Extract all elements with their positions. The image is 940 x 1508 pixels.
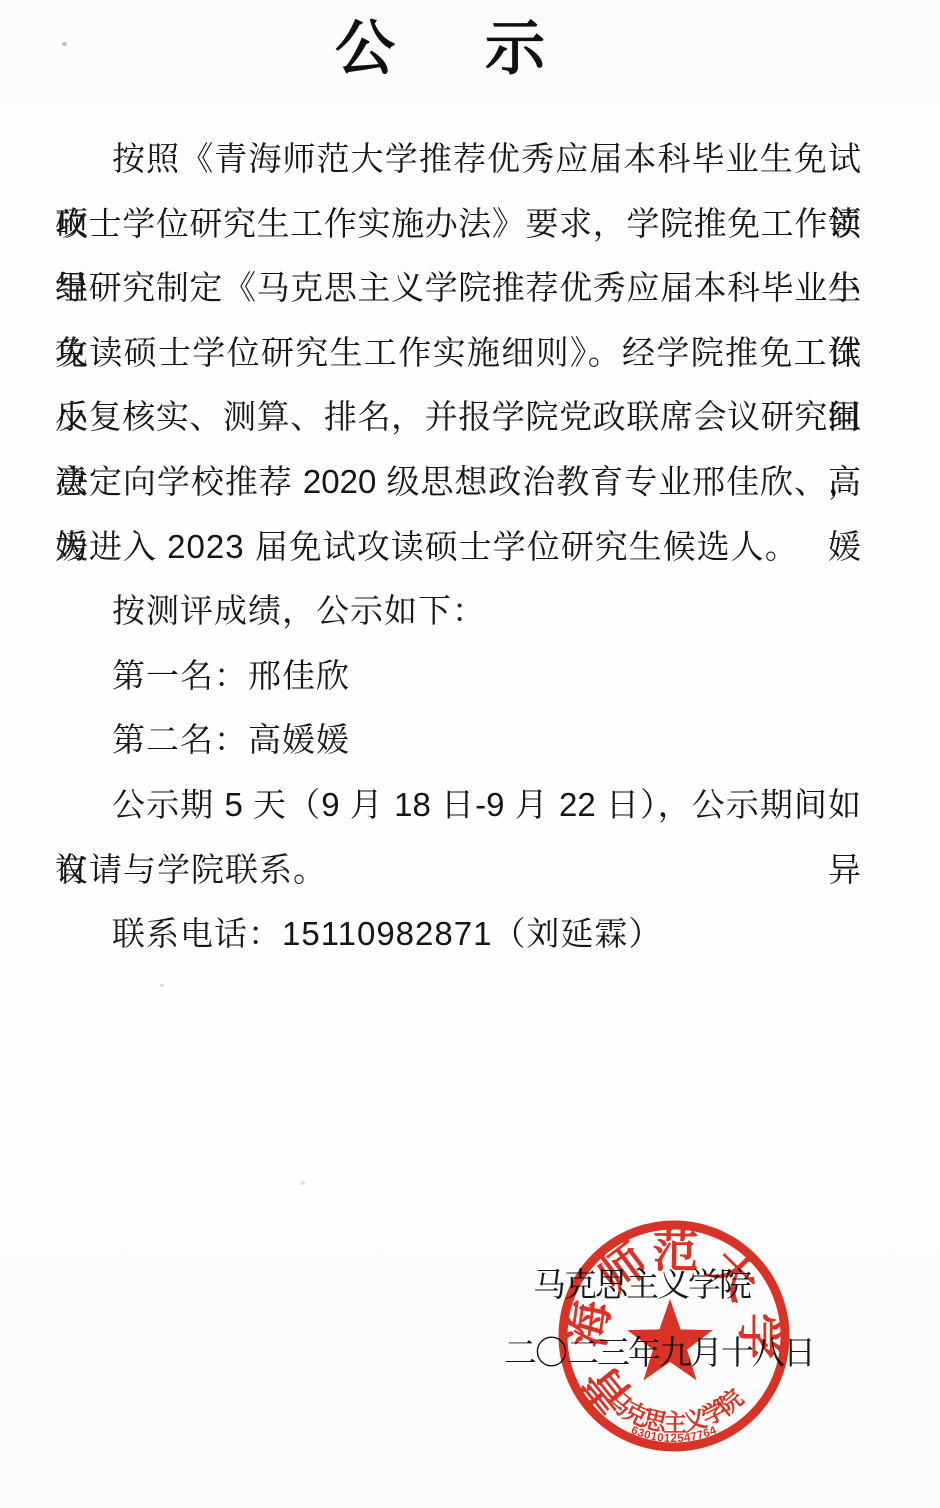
seal-univ-char: 学 — [733, 1313, 785, 1359]
official-seal: 青 海 师 范 大 学 马克思主义学院 6301012547764 — [554, 1216, 794, 1456]
seal-univ-char: 师 — [589, 1234, 657, 1303]
body-line: 为进入 2023 届免试攻读硕士学位研究生候选人。 — [55, 515, 861, 580]
ranking-line-second: 第二名：高媛媛 — [55, 708, 861, 773]
body-line: 按照《青海师范大学推荐优秀应届本科毕业生免试攻读 — [55, 127, 861, 192]
body-line: 按测评成绩，公示如下： — [55, 579, 861, 644]
body-line: 组研究制定《马克思主义学院推荐优秀应届本科毕业生免试 — [55, 256, 861, 321]
title-char-1: 公 — [335, 14, 395, 84]
announcement-page: 公 示 按照《青海师范大学推荐优秀应届本科毕业生免试攻读 硕士学位研究生工作实施… — [0, 0, 940, 1508]
scan-speck — [301, 1181, 305, 1185]
body-line: 反复核实、测算、排名，并报学院党政联席会议研究同意， — [55, 385, 861, 450]
body-line: 公示期 5 天（9 月 18 日-9 月 22 日），公示期间如有异 — [55, 773, 861, 838]
ranking-line-first: 第一名：邢佳欣 — [55, 644, 861, 709]
star-icon — [627, 1299, 713, 1380]
page-title: 公 示 — [0, 14, 880, 84]
title-char-2: 示 — [485, 14, 545, 84]
body-line: 攻读硕士学位研究生工作实施细则》。经学院推免工作小组 — [55, 321, 861, 386]
body-line: 硕士学位研究生工作实施办法》要求，学院推免工作领导小 — [55, 192, 861, 257]
body-line: 决定向学校推荐 2020 级思想政治教育专业邢佳欣、高媛媛 — [55, 450, 861, 515]
scan-speck — [160, 984, 164, 987]
seal-univ-char: 海 — [561, 1298, 619, 1351]
scan-speck — [62, 42, 67, 46]
announcement-body: 按照《青海师范大学推荐优秀应届本科毕业生免试攻读 硕士学位研究生工作实施办法》要… — [55, 127, 861, 967]
contact-phone-line: 联系电话：15110982871（刘延霖） — [55, 902, 861, 967]
seal-univ-char: 大 — [698, 1240, 767, 1309]
seal-univ-char: 范 — [652, 1225, 699, 1278]
